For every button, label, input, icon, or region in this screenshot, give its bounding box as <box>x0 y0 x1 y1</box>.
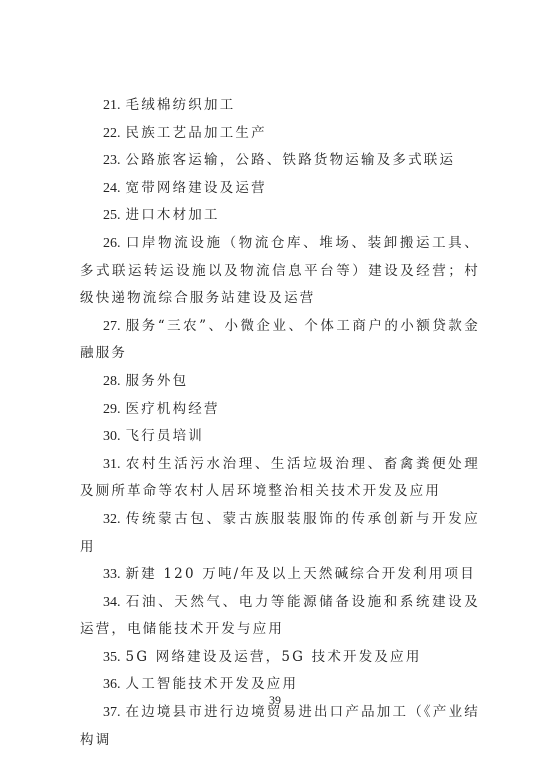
list-item: 25.进口木材加工 <box>80 202 480 230</box>
item-number: 28. <box>103 374 121 389</box>
list-item: 35.5G 网络建设及运营，5G 技术开发及应用 <box>80 644 480 672</box>
item-text: 民族工艺品加工生产 <box>126 125 267 141</box>
item-number: 21. <box>103 98 121 113</box>
item-text: 进口木材加工 <box>126 207 220 223</box>
item-text: 人工智能技术开发及应用 <box>126 676 299 692</box>
item-number: 26. <box>103 236 121 251</box>
list-item: 33.新建 120 万吨/年及以上天然碱综合开发利用项目 <box>80 561 480 589</box>
item-number: 27. <box>103 319 121 334</box>
list-item: 32.传统蒙古包、蒙古族服装服饰的传承创新与开发应用 <box>80 506 480 561</box>
list-item: 28.服务外包 <box>80 368 480 396</box>
list-item: 24.宽带网络建设及运营 <box>80 175 480 203</box>
item-number: 32. <box>103 512 121 527</box>
item-number: 35. <box>103 650 121 665</box>
list-item: 22.民族工艺品加工生产 <box>80 120 480 148</box>
list-item: 26.口岸物流设施（物流仓库、堆场、装卸搬运工具、多式联运转运设施以及物流信息平… <box>80 230 480 313</box>
item-text: 口岸物流设施（物流仓库、堆场、装卸搬运工具、多式联运转运设施以及物流信息平台等）… <box>80 235 480 306</box>
item-text: 宽带网络建设及运营 <box>126 180 267 196</box>
item-text: 公路旅客运输，公路、铁路货物运输及多式联运 <box>126 152 456 168</box>
item-number: 22. <box>103 126 121 141</box>
item-text: 在边境县市进行边境贸易进出口产品加工（《产业结构调 <box>80 704 480 748</box>
item-text: 毛绒棉纺织加工 <box>126 97 236 113</box>
item-text: 医疗机构经营 <box>126 401 220 417</box>
list-item: 34.石油、天然气、电力等能源储备设施和系统建设及运营，电储能技术开发与应用 <box>80 589 480 644</box>
item-text: 服务外包 <box>126 373 189 389</box>
list-item: 31.农村生活污水治理、生活垃圾治理、畜禽粪便处理及厕所革命等农村人居环境整治相… <box>80 451 480 506</box>
item-text: 5G 网络建设及运营，5G 技术开发及应用 <box>126 649 422 665</box>
item-number: 30. <box>103 429 121 444</box>
list-item: 21.毛绒棉纺织加工 <box>80 92 480 120</box>
item-number: 29. <box>103 402 121 417</box>
item-text: 新建 120 万吨/年及以上天然碱综合开发利用项目 <box>126 566 476 582</box>
item-list: 21.毛绒棉纺织加工 22.民族工艺品加工生产 23.公路旅客运输，公路、铁路货… <box>80 92 480 754</box>
item-number: 36. <box>103 677 121 692</box>
item-text: 石油、天然气、电力等能源储备设施和系统建设及运营，电储能技术开发与应用 <box>80 594 480 638</box>
item-number: 33. <box>103 567 121 582</box>
list-item: 27.服务“三农”、小微企业、个体工商户的小额贷款金融服务 <box>80 313 480 368</box>
item-number: 24. <box>103 181 121 196</box>
list-item: 29.医疗机构经营 <box>80 396 480 424</box>
document-page: 21.毛绒棉纺织加工 22.民族工艺品加工生产 23.公路旅客运输，公路、铁路货… <box>0 0 550 777</box>
item-number: 31. <box>103 457 121 472</box>
item-number: 23. <box>103 153 121 168</box>
item-number: 25. <box>103 208 121 223</box>
item-number: 34. <box>103 595 121 610</box>
item-text: 农村生活污水治理、生活垃圾治理、畜禽粪便处理及厕所革命等农村人居环境整治相关技术… <box>80 456 480 500</box>
item-text: 传统蒙古包、蒙古族服装服饰的传承创新与开发应用 <box>80 511 480 555</box>
list-item: 30.飞行员培训 <box>80 423 480 451</box>
page-number: 39 <box>0 693 550 708</box>
list-item: 23.公路旅客运输，公路、铁路货物运输及多式联运 <box>80 147 480 175</box>
item-text: 服务“三农”、小微企业、个体工商户的小额贷款金融服务 <box>80 318 480 362</box>
item-text: 飞行员培训 <box>126 428 205 444</box>
